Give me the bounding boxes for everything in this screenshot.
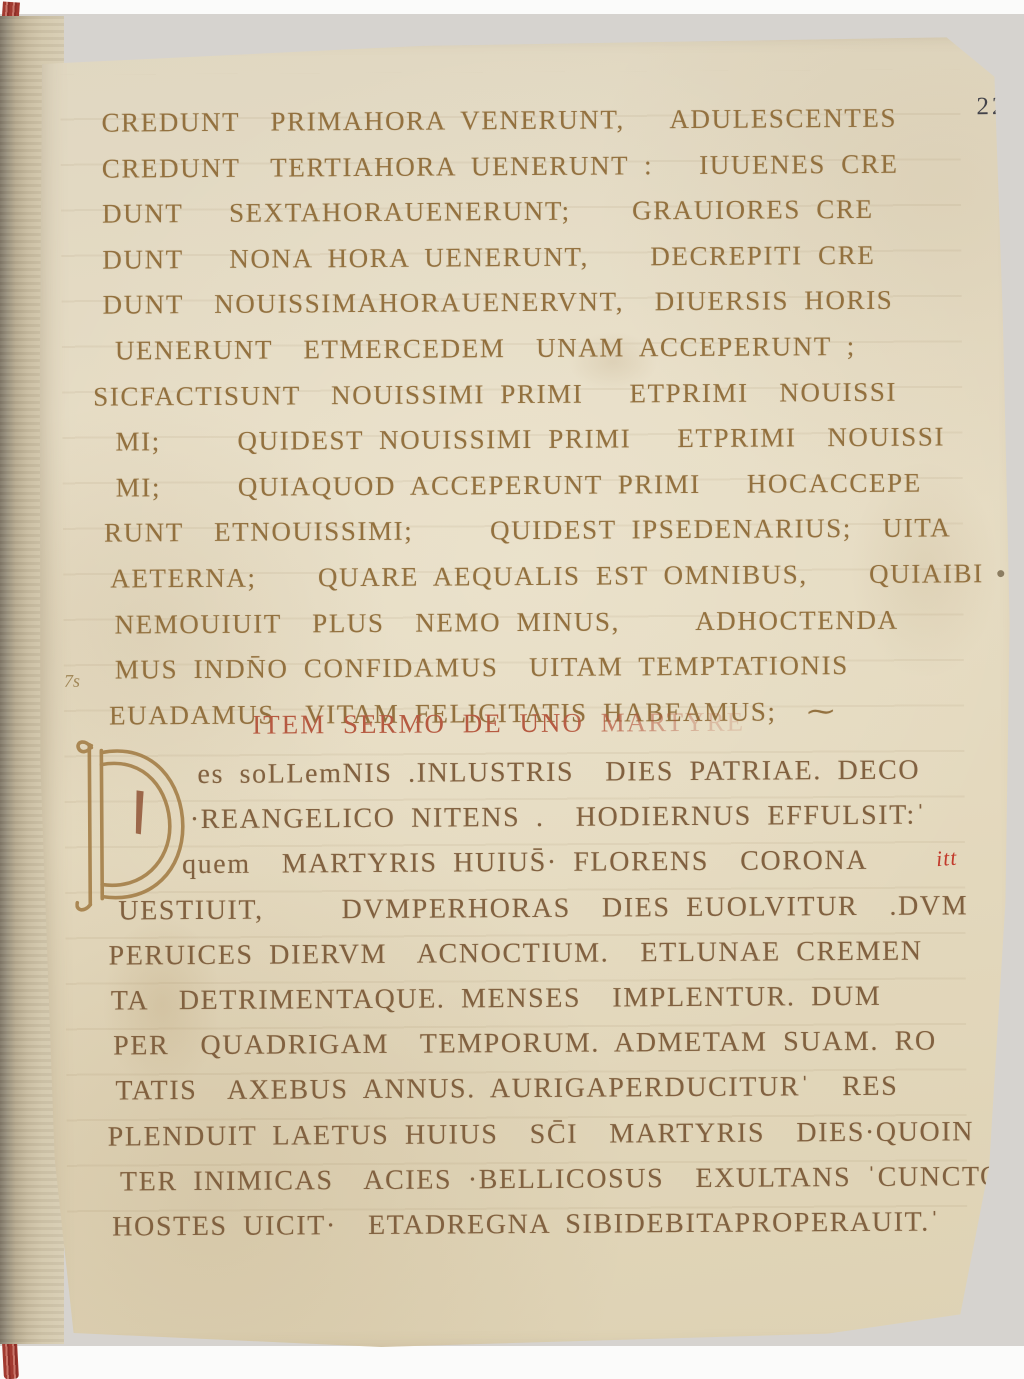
scan-border-top <box>0 0 1024 14</box>
text-line: es soLLemNIS .INLUSTRIS DIES PATRIAE. DE… <box>197 747 1005 797</box>
text-line: DUNT NOUISSIMAHORAUENERVNT, DIUERSIS HOR… <box>102 278 992 329</box>
wormhole-dot <box>997 570 1004 577</box>
text-line: DUNT NONA HORA UENERUNT, DECREPITI CRE <box>102 232 992 283</box>
text-line: MI; QUIAQUOD ACCEPERUNT PRIMI HOCACCEPE <box>116 460 994 511</box>
manuscript-page: 22 CREDUNT PRIMAHORA VENERUNT, ADULESCEN… <box>26 29 1024 1357</box>
text-line: PERUICES DIERVM ACNOCTIUM. ETLUNAE CREME… <box>108 928 1006 979</box>
text-line: TA DETRIMENTAQUE. MENSES IMPLENTUR. DUM <box>111 973 1007 1024</box>
rubric-title: ITEM SERMO DE UNO MARTYRE <box>252 707 745 741</box>
text-line: RUNT ETNOUISSIMI; QUIDEST IPSEDENARIUS; … <box>104 505 994 556</box>
text-line: AETERNA; QUARE AEQUALIS EST OMNIBUS, QUI… <box>110 551 994 602</box>
text-line: quem MARTYRIS HUIUS̄· FLORENS CORONA <box>182 837 1006 887</box>
scan-border-bottom <box>0 1346 1024 1379</box>
text-line: TER INIMICAS ACIES ·BELLICOSUS EXULTANS … <box>120 1154 1008 1205</box>
sermon-text-block-1: CREDUNT PRIMAHORA VENERUNT, ADULESCENTES… <box>101 95 995 739</box>
text-line: PER QUADRIGAM TEMPORUM. ADMETAM SUAM. RO <box>113 1018 1007 1069</box>
text-line: SICFACTISUNT NOUISSIMI PRIMI ETPRIMI NOU… <box>93 369 993 420</box>
text-line: MI; QUIDEST NOUISSIMI PRIMI ETPRIMI NOUI… <box>115 414 993 465</box>
text-line: CREDUNT PRIMAHORA VENERUNT, ADULESCENTES <box>101 95 991 146</box>
margin-note-left: 7s <box>64 671 80 692</box>
text-line: UENERUNT ETMERCEDEM UNAM ACCEPERUNT ; <box>115 323 993 374</box>
sermon-text-block-2: es soLLemNIS .INLUSTRIS DIES PATRIAE. DE… <box>105 747 1008 1250</box>
red-ribbon-bottom <box>2 1342 19 1379</box>
text-line: MUS INDN̄O CONFIDAMUS UITAM TEMPTATIONIS <box>115 642 995 693</box>
text-line: CREDUNT TERTIAHORA UENERUNT : IUUENES CR… <box>102 141 992 192</box>
text-line: DUNT SEXTAHORAUENERUNT; GRAUIORES CRE <box>102 186 992 237</box>
text-line: NEMOUIUIT PLUS NEMO MINUS, ADHOCTENDA <box>114 597 994 648</box>
text-line: PLENDUIT LAETUS HUIUS SC̄I MARTYRIS DIES… <box>108 1109 1008 1160</box>
text-line: TATIS AXEBUS ANNUS. AURIGAPERDUCITURˈ RE… <box>115 1063 1007 1114</box>
text-line: UESTIUIT, DVMPERHORAS DIES EUOLVITUR .DV… <box>118 883 1006 934</box>
text-line: ·REANGELICO NITENS . HODIERNUS EFFULSIT:… <box>190 792 1006 842</box>
text-line: HOSTES UICIT· ETADREGNA SIBIDEBITAPROPER… <box>112 1199 1008 1250</box>
